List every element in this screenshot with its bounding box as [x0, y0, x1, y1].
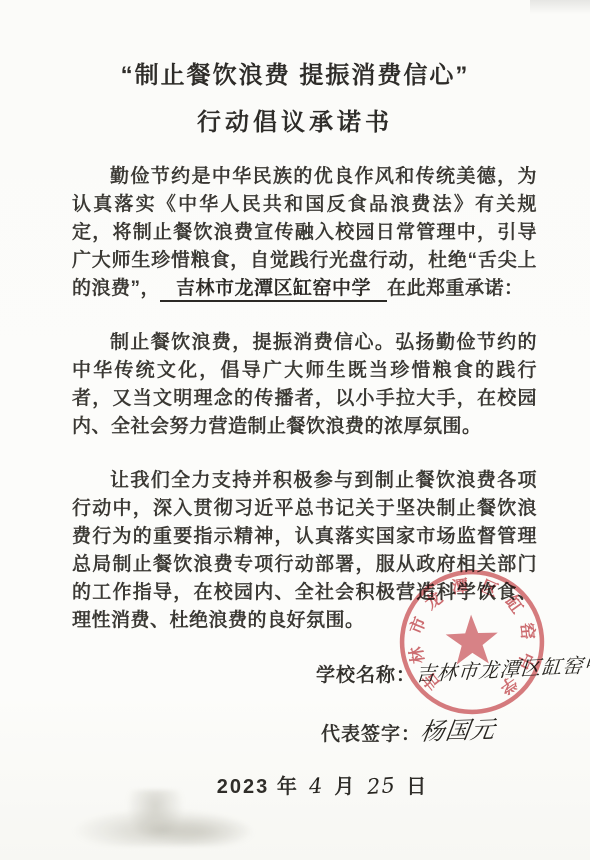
representative-signature-row: 代表签字：杨国元	[321, 712, 496, 747]
document-body: 勤俭节约是中华民族的优良作风和传统美德，为认真落实《中华人民共和国反食品浪费法》…	[72, 163, 537, 661]
representative-signature-handwritten: 杨国元	[419, 709, 499, 747]
date-month-handwritten: 4	[309, 774, 325, 799]
scan-smudge-artifact	[52, 790, 292, 846]
date-day-label: 日	[406, 776, 428, 798]
representative-label: 代表签字：	[321, 724, 421, 745]
date-month-label: 月	[334, 776, 356, 798]
document-title-line1: “制止餐饮浪费 提振消费信心”	[0, 55, 590, 90]
date-day-handwritten: 25	[366, 773, 396, 799]
paragraph-2: 制止餐饮浪费，提振消费信心。弘扬勤俭节约的中华传统文化，倡导广大师生既当珍惜粮食…	[72, 329, 537, 441]
scanned-document-page: “制止餐饮浪费 提振消费信心” 行动倡议承诺书 勤俭节约是中华民族的优良作风和传…	[0, 0, 590, 860]
document-title-line2: 行动倡议承诺书	[0, 102, 590, 137]
school-name-row: 学校名称：吉林市龙潭区缸窑中学	[316, 658, 590, 687]
paragraph-3: 让我们全力支持并积极参与到制止餐饮浪费各项行动中，深入贯彻习近平总书记关于坚决制…	[72, 467, 537, 635]
school-name-label: 学校名称：	[316, 665, 416, 686]
school-name-blank: 吉林市龙潭区缸窑中学	[160, 278, 387, 302]
paragraph-1-tail: 在此郑重承诺：	[387, 278, 524, 299]
paragraph-1: 勤俭节约是中华民族的优良作风和传统美德，为认真落实《中华人民共和国反食品浪费法》…	[72, 163, 537, 303]
scan-edge-shadow	[530, 0, 590, 14]
